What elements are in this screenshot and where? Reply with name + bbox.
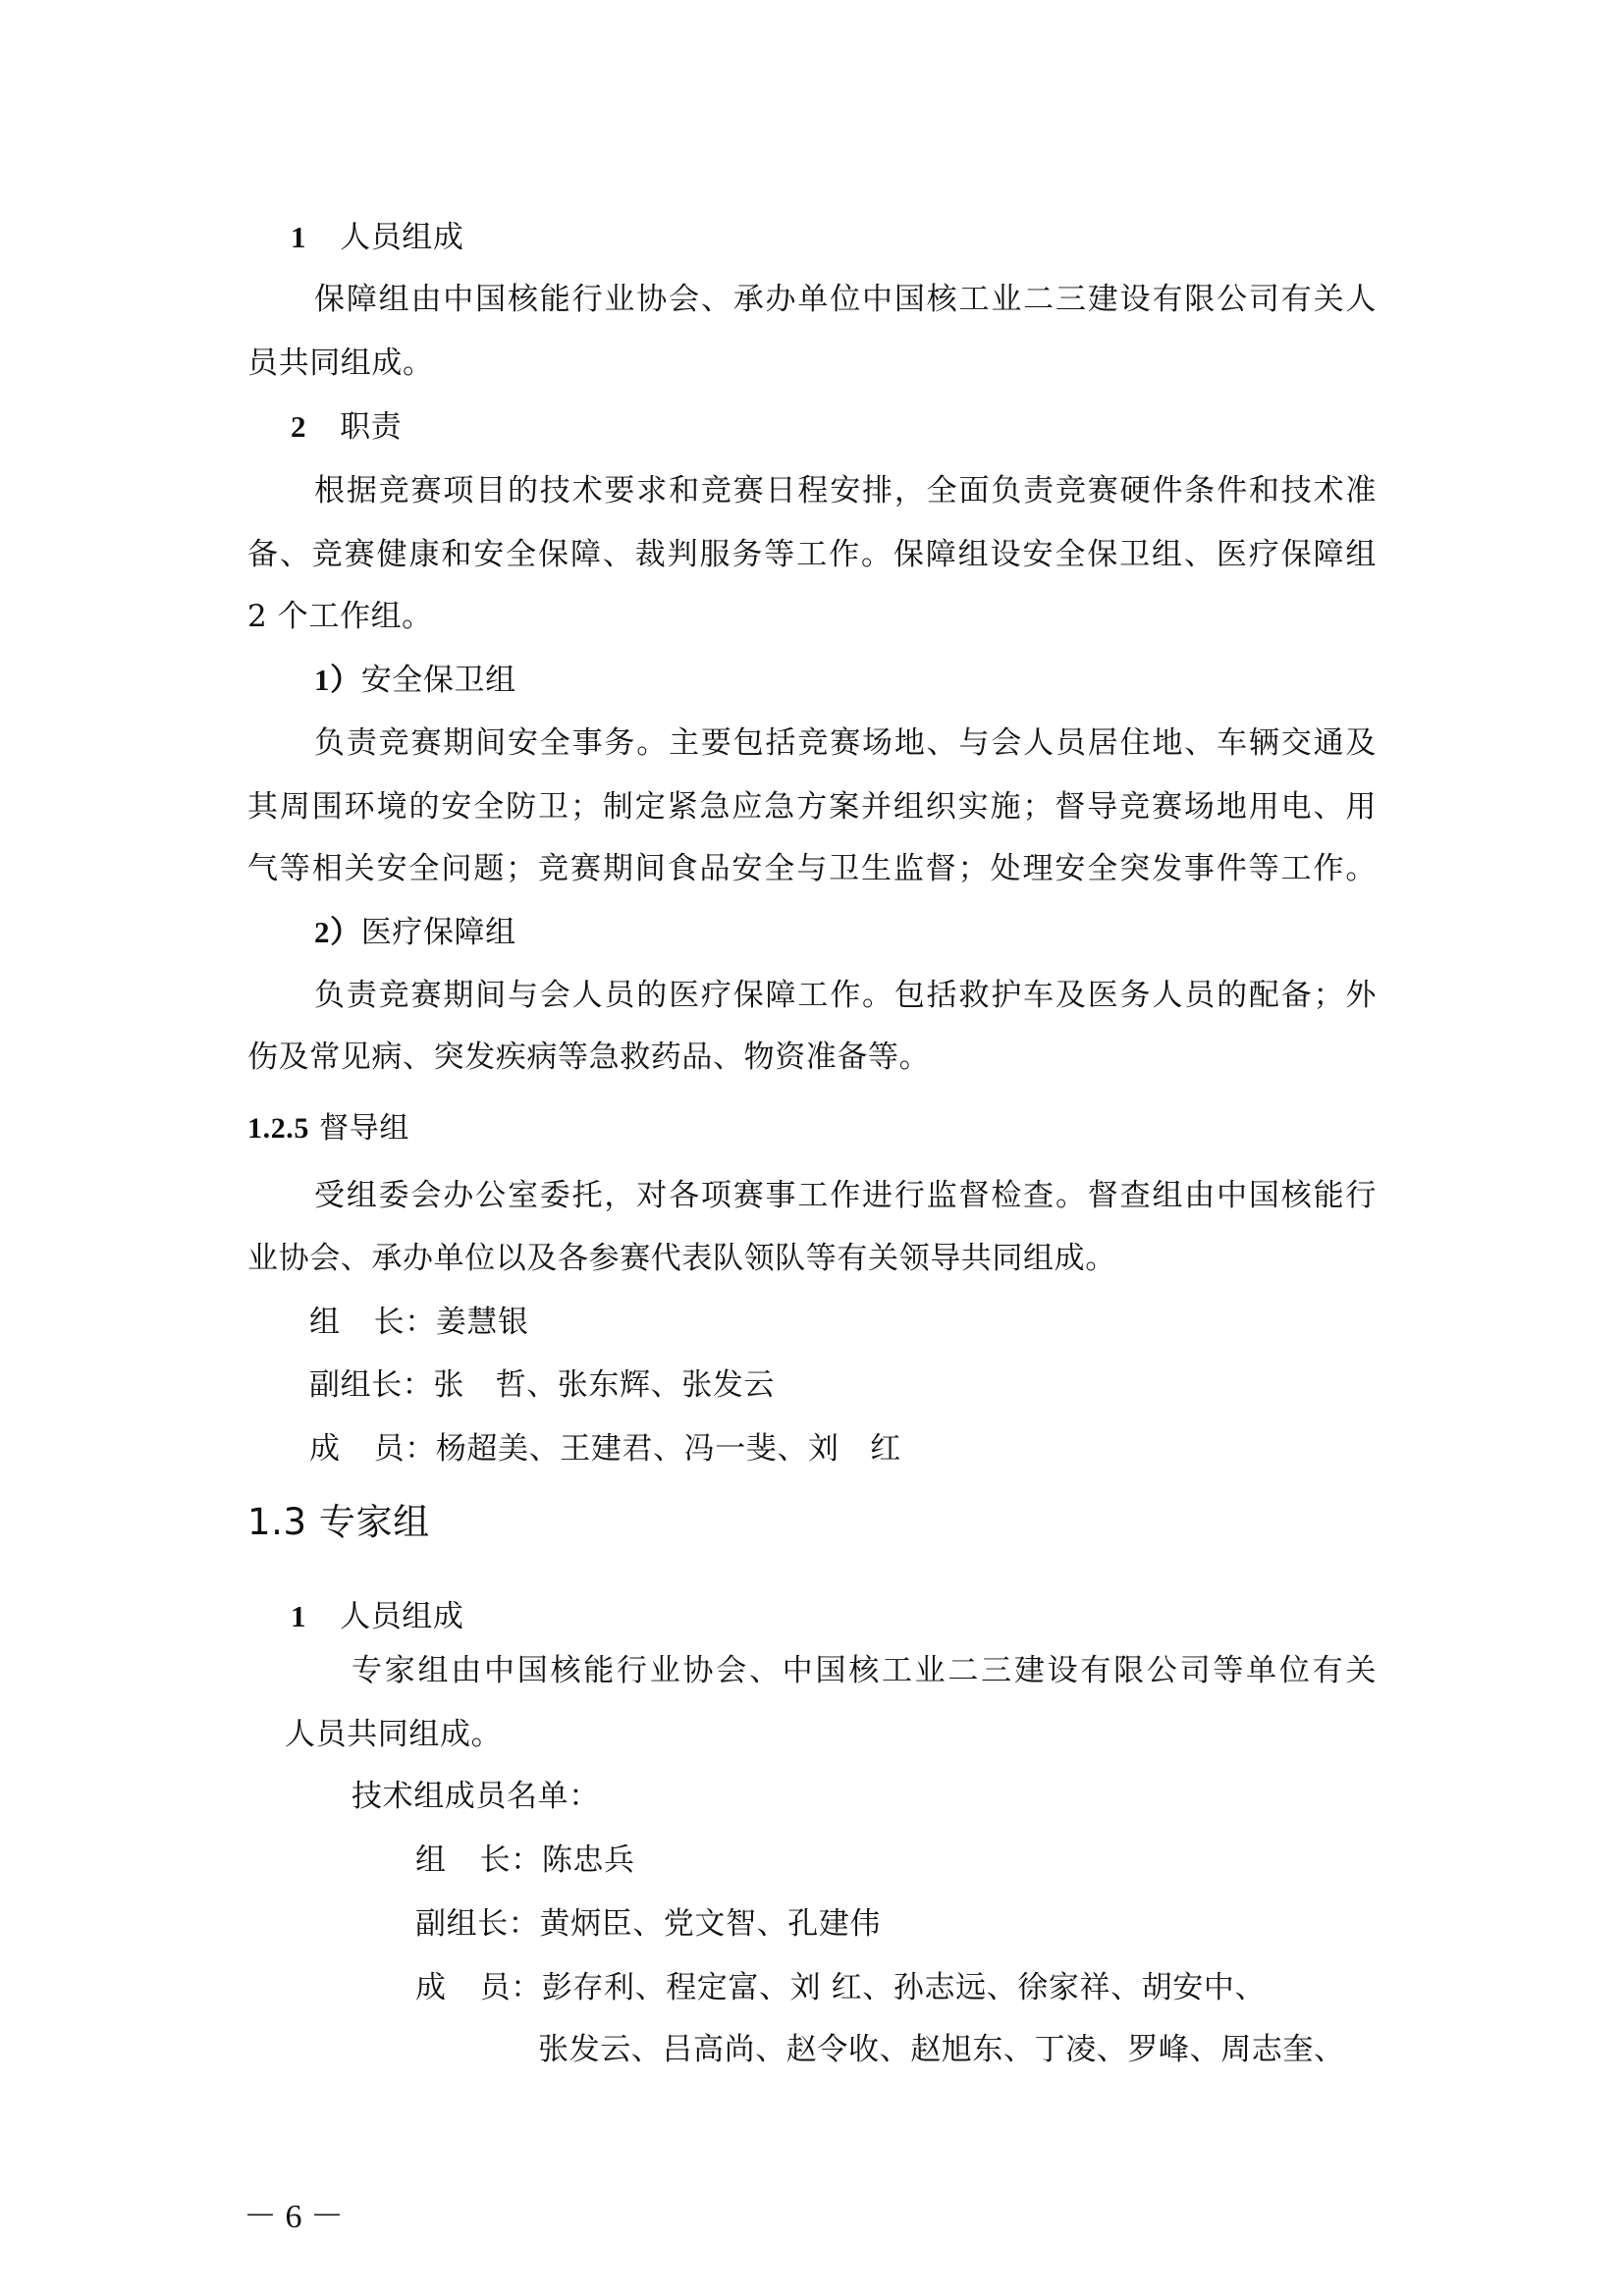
item-title: 职责 (340, 409, 402, 445)
item-title: 人员组成 (340, 1599, 463, 1634)
section-title: 督导组 (319, 1111, 409, 1146)
subitem-heading-security: 1）安全保卫组 (314, 661, 516, 700)
paragraph-line: 负责竞赛期间安全事务。主要包括竞赛场地、与会人员居住地、车辆交通及 (314, 723, 1377, 763)
paragraph-line: 气等相关安全问题；竞赛期间食品安全与卫生监督；处理安全突发事件等工作。 (247, 849, 1377, 888)
member-label: 成 (309, 1431, 341, 1467)
paragraph-line: 人员共同组成。 (285, 1715, 502, 1754)
paragraph-line: 保障组由中国核能行业协会、承办单位中国核工业二三建设有限公司有关人 (314, 280, 1377, 319)
paragraph-line: 负责竞赛期间与会人员的医疗保障工作。包括救护车及医务人员的配备；外 (314, 976, 1377, 1015)
section-heading-1-2-5: 1.2.5 督导组 (247, 1109, 409, 1148)
deputy-names: 黄炳臣、党文智、孔建伟 (539, 1906, 881, 1942)
paragraph-line: 员共同组成。 (247, 344, 434, 383)
leader-label: 组 (415, 1842, 447, 1878)
deputy-label: 副组长： (309, 1367, 433, 1403)
deputy-row: 副组长：张 哲、张东辉、张发云 (309, 1365, 775, 1405)
leader-label: 组 (309, 1305, 341, 1340)
document-page: 1人员组成 保障组由中国核能行业协会、承办单位中国核工业二三建设有限公司有关人 … (0, 0, 1624, 2296)
leader-name: 姜慧银 (436, 1305, 529, 1340)
item-heading-duties: 2职责 (291, 407, 402, 447)
member-names: 杨超美、王建君、冯一斐、刘 红 (436, 1431, 901, 1467)
subitem-number: 1） (314, 663, 361, 697)
item-heading-personnel: 1人员组成 (291, 1597, 464, 1636)
section-heading-1-3: 1.3 专家组 (247, 1500, 430, 1545)
deputy-names: 张 哲、张东辉、张发云 (433, 1367, 775, 1403)
paragraph-line: 专家组由中国核能行业协会、中国核工业二三建设有限公司等单位有关 (352, 1651, 1377, 1690)
member-row-continued: 张发云、吕高尚、赵令收、赵旭东、丁凌、罗峰、周志奎、 (538, 2030, 1345, 2069)
paragraph-line: 业协会、承办单位以及各参赛代表队领队等有关领导共同组成。 (247, 1239, 1116, 1278)
leader-row: 组长：陈忠兵 (415, 1841, 635, 1880)
member-label: 成 (415, 1970, 447, 2005)
subitem-heading-medical: 2）医疗保障组 (314, 913, 516, 952)
section-number: 1.3 (247, 1501, 307, 1543)
leader-name: 陈忠兵 (542, 1842, 635, 1878)
member-row: 成员：彭存利、程定富、刘 红、孙志远、徐家祥、胡安中、 (415, 1968, 1266, 2007)
paragraph-line: 其周围环境的安全防卫；制定紧急应急方案并组织实施；督导竞赛场地用电、用 (247, 787, 1377, 827)
paragraph-line: 伤及常见病、突发疾病等急救药品、物资准备等。 (247, 1038, 930, 1077)
paragraph-line: 受组委会办公室委托，对各项赛事工作进行监督检查。督查组由中国核能行 (314, 1176, 1377, 1215)
item-number: 1 (291, 1599, 306, 1633)
item-number: 1 (291, 220, 306, 254)
subitem-title: 医疗保障组 (361, 915, 516, 950)
subitem-number: 2） (314, 915, 361, 949)
item-title: 人员组成 (340, 220, 463, 255)
item-number: 2 (291, 409, 306, 444)
item-heading-personnel: 1人员组成 (291, 218, 464, 257)
section-number: 1.2.5 (247, 1112, 309, 1145)
deputy-row: 副组长：黄炳臣、党文智、孔建伟 (415, 1904, 881, 1944)
subitem-title: 安全保卫组 (361, 663, 516, 698)
page-number: － 6 － (244, 2189, 344, 2237)
paragraph-line: 2 个工作组。 (247, 597, 433, 636)
member-names: 彭存利、程定富、刘 红、孙志远、徐家祥、胡安中、 (542, 1970, 1266, 2005)
section-title: 专家组 (319, 1501, 430, 1543)
deputy-label: 副组长： (415, 1906, 539, 1942)
list-title: 技术组成员名单： (352, 1777, 600, 1816)
paragraph-line: 备、竞赛健康和安全保障、裁判服务等工作。保障组设安全保卫组、医疗保障组 (247, 535, 1377, 574)
paragraph-line: 根据竞赛项目的技术要求和竞赛日程安排，全面负责竞赛硬件条件和技术准 (314, 471, 1377, 510)
leader-row: 组长：姜慧银 (309, 1303, 529, 1342)
member-row: 成员：杨超美、王建君、冯一斐、刘 红 (309, 1429, 901, 1468)
